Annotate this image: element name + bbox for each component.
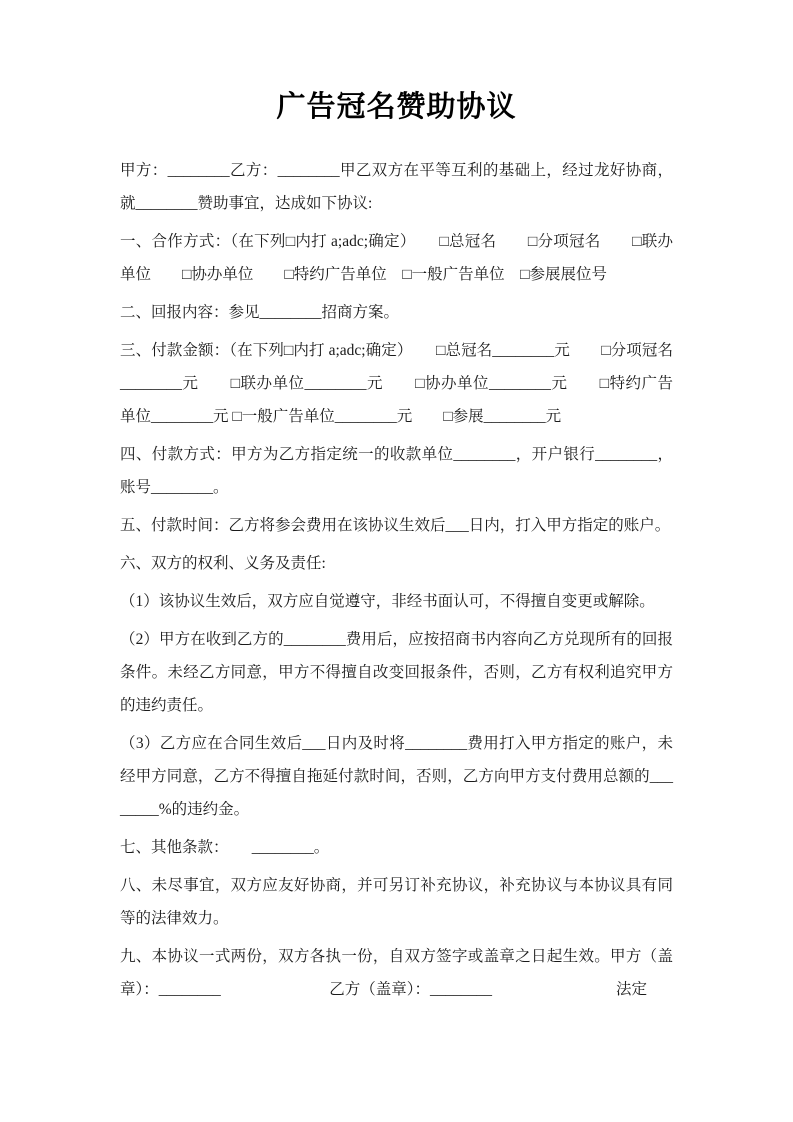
- document-title: 广告冠名赞助协议: [120, 86, 673, 128]
- document-body: 甲方：________乙方：________甲乙双方在平等互利的基础上，经过龙好…: [120, 154, 673, 1006]
- paragraph-clause-6-rights-obligations: 六、双方的权利、义务及责任:: [120, 547, 673, 580]
- paragraph-clause-7-other-terms: 七、其他条款： ________。: [120, 831, 673, 864]
- paragraph-clause-4-payment-method: 四、付款方式：甲方为乙方指定统一的收款单位________，开户银行______…: [120, 438, 673, 504]
- paragraph-clause-5-payment-time: 五、付款时间：乙方将参会费用在该协议生效后___日内，打入甲方指定的账户。: [120, 509, 673, 542]
- paragraph-clause-8-supplementary: 八、未尽事宜，双方应友好协商，并可另订补充协议，补充协议与本协议具有同等的法律效…: [120, 869, 673, 935]
- paragraph-intro: 甲方：________乙方：________甲乙双方在平等互利的基础上，经过龙好…: [120, 154, 673, 220]
- paragraph-clause-6-item-2: （2）甲方在收到乙方的________费用后，应按招商书内容向乙方兑现所有的回报…: [120, 623, 673, 722]
- paragraph-clause-6-item-3: （3）乙方应在合同生效后___日内及时将________费用打入甲方指定的账户，…: [120, 727, 673, 826]
- paragraph-clause-6-item-1: （1）该协议生效后，双方应自觉遵守，非经书面认可，不得擅自变更或解除。: [120, 585, 673, 618]
- paragraph-clause-9-effectiveness-signature: 九、本协议一式两份，双方各执一份，自双方签字或盖章之日起生效。甲方（盖章）：__…: [120, 940, 673, 1006]
- paragraph-clause-2-return-content: 二、回报内容：参见________招商方案。: [120, 296, 673, 329]
- document-page: 广告冠名赞助协议 甲方：________乙方：________甲乙双方在平等互利…: [0, 0, 793, 1122]
- paragraph-clause-3-payment-amount: 三、付款金额：（在下列□内打 a;adc;确定） □总冠名________元 □…: [120, 334, 673, 433]
- paragraph-clause-1-cooperation-method: 一、合作方式：（在下列□内打 a;adc;确定） □总冠名 □分项冠名 □联办单…: [120, 225, 673, 291]
